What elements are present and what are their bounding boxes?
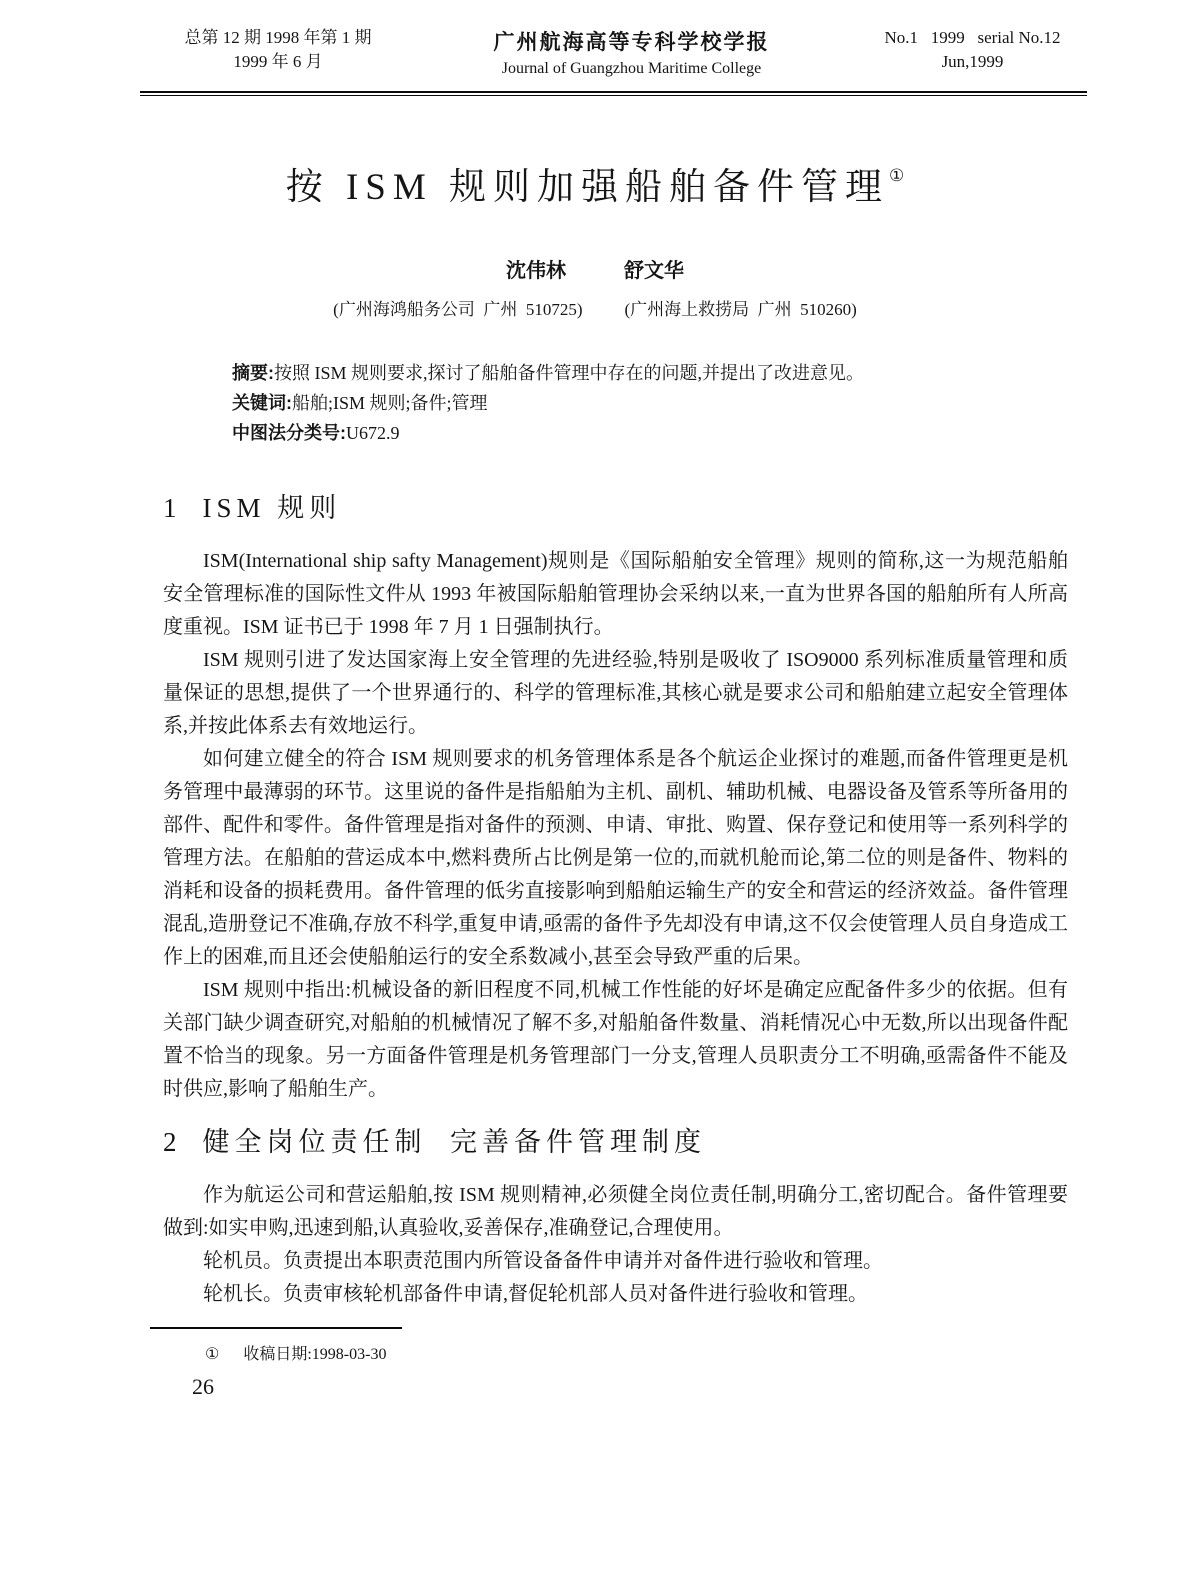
keywords-text: 船舶;ISM 规则;备件;管理: [292, 393, 488, 413]
article-title: 按 ISM 规则加强船舶备件管理①: [0, 156, 1190, 210]
paragraph: ISM(International ship safty Management)…: [163, 545, 1068, 644]
abstract-label: 摘要:: [232, 363, 274, 383]
header-journal-title: 广州航海高等专科学校学报 Journal of Guangzhou Mariti…: [408, 26, 855, 78]
abstract-text: 按照 ISM 规则要求,探讨了船舶备件管理中存在的问题,并提出了改进意见。: [274, 363, 864, 383]
section-2-number: 2: [163, 1127, 177, 1157]
footnote-line: ①收稿日期:1998-03-30: [205, 1341, 1190, 1364]
journal-header: 总第 12 期 1998 年第 1 期 1999 年 6 月 广州航海高等专科学…: [148, 26, 1090, 78]
header-issue-info: 总第 12 期 1998 年第 1 期 1999 年 6 月: [148, 26, 408, 74]
journal-page: 总第 12 期 1998 年第 1 期 1999 年 6 月 广州航海高等专科学…: [0, 0, 1190, 1569]
section-1-number: 1: [163, 493, 177, 523]
serial-line2: Jun,1999: [855, 50, 1090, 74]
author-1: 沈伟林: [506, 260, 566, 282]
issue-info-line2: 1999 年 6 月: [148, 50, 408, 74]
affiliation-1: (广州海鸿船务公司 广州 510725): [333, 300, 582, 319]
header-serial-info: No.1 1999 serial No.12 Jun,1999: [855, 26, 1090, 74]
abstract-block: 摘要:按照 ISM 规则要求,探讨了船舶备件管理中存在的问题,并提出了改进意见。…: [232, 358, 1040, 448]
footnote-text: 收稿日期:1998-03-30: [243, 1346, 386, 1363]
section-1-body: ISM(International ship safty Management)…: [163, 545, 1068, 1106]
header-rule: [140, 91, 1087, 96]
section-2-body: 作为航运公司和营运船舶,按 ISM 规则精神,必须健全岗位责任制,明确分工,密切…: [163, 1179, 1068, 1311]
affiliation-2: (广州海上救捞局 广州 510260): [625, 300, 857, 319]
clc-line: 中图法分类号:U672.9: [232, 418, 1040, 448]
author-2: 舒文华: [624, 260, 684, 282]
paragraph: ISM 规则引进了发达国家海上安全管理的先进经验,特别是吸收了 ISO9000 …: [163, 644, 1068, 743]
paragraph: 轮机长。负责审核轮机部备件申请,督促轮机部人员对备件进行验收和管理。: [163, 1278, 1068, 1311]
journal-title-en: Journal of Guangzhou Maritime College: [408, 60, 855, 78]
journal-title-zh: 广州航海高等专科学校学报: [408, 26, 855, 56]
clc-label: 中图法分类号:: [232, 423, 346, 443]
article-title-text: 按 ISM 规则加强船舶备件管理: [286, 167, 889, 208]
serial-line1: No.1 1999 serial No.12: [855, 26, 1090, 50]
title-footnote-mark: ①: [889, 166, 904, 185]
section-2-title: 健全岗位责任制 完善备件管理制度: [203, 1127, 707, 1157]
footnote-mark: ①: [205, 1346, 219, 1363]
issue-info-line1: 总第 12 期 1998 年第 1 期: [148, 26, 408, 50]
footnote-separator: [150, 1327, 402, 1329]
keywords-line: 关键词:船舶;ISM 规则;备件;管理: [232, 388, 1040, 418]
section-1-title: ISM 规则: [203, 493, 342, 523]
abstract-line: 摘要:按照 ISM 规则要求,探讨了船舶备件管理中存在的问题,并提出了改进意见。: [232, 358, 1040, 388]
paragraph: 轮机员。负责提出本职责范围内所管设备备件申请并对备件进行验收和管理。: [163, 1245, 1068, 1278]
keywords-label: 关键词:: [232, 393, 292, 413]
paragraph: ISM 规则中指出:机械设备的新旧程度不同,机械工作性能的好坏是确定应配备件多少…: [163, 974, 1068, 1106]
clc-text: U672.9: [346, 423, 400, 443]
section-1-heading: 1ISM 规则: [163, 486, 1190, 525]
author-line: 沈伟林舒文华: [0, 254, 1190, 283]
page-number: 26: [192, 1374, 1190, 1400]
section-2-heading: 2健全岗位责任制 完善备件管理制度: [163, 1120, 1190, 1159]
affiliation-line: (广州海鸿船务公司 广州 510725)(广州海上救捞局 广州 510260): [0, 295, 1190, 320]
paragraph: 作为航运公司和营运船舶,按 ISM 规则精神,必须健全岗位责任制,明确分工,密切…: [163, 1179, 1068, 1245]
paragraph: 如何建立健全的符合 ISM 规则要求的机务管理体系是各个航运企业探讨的难题,而备…: [163, 743, 1068, 974]
